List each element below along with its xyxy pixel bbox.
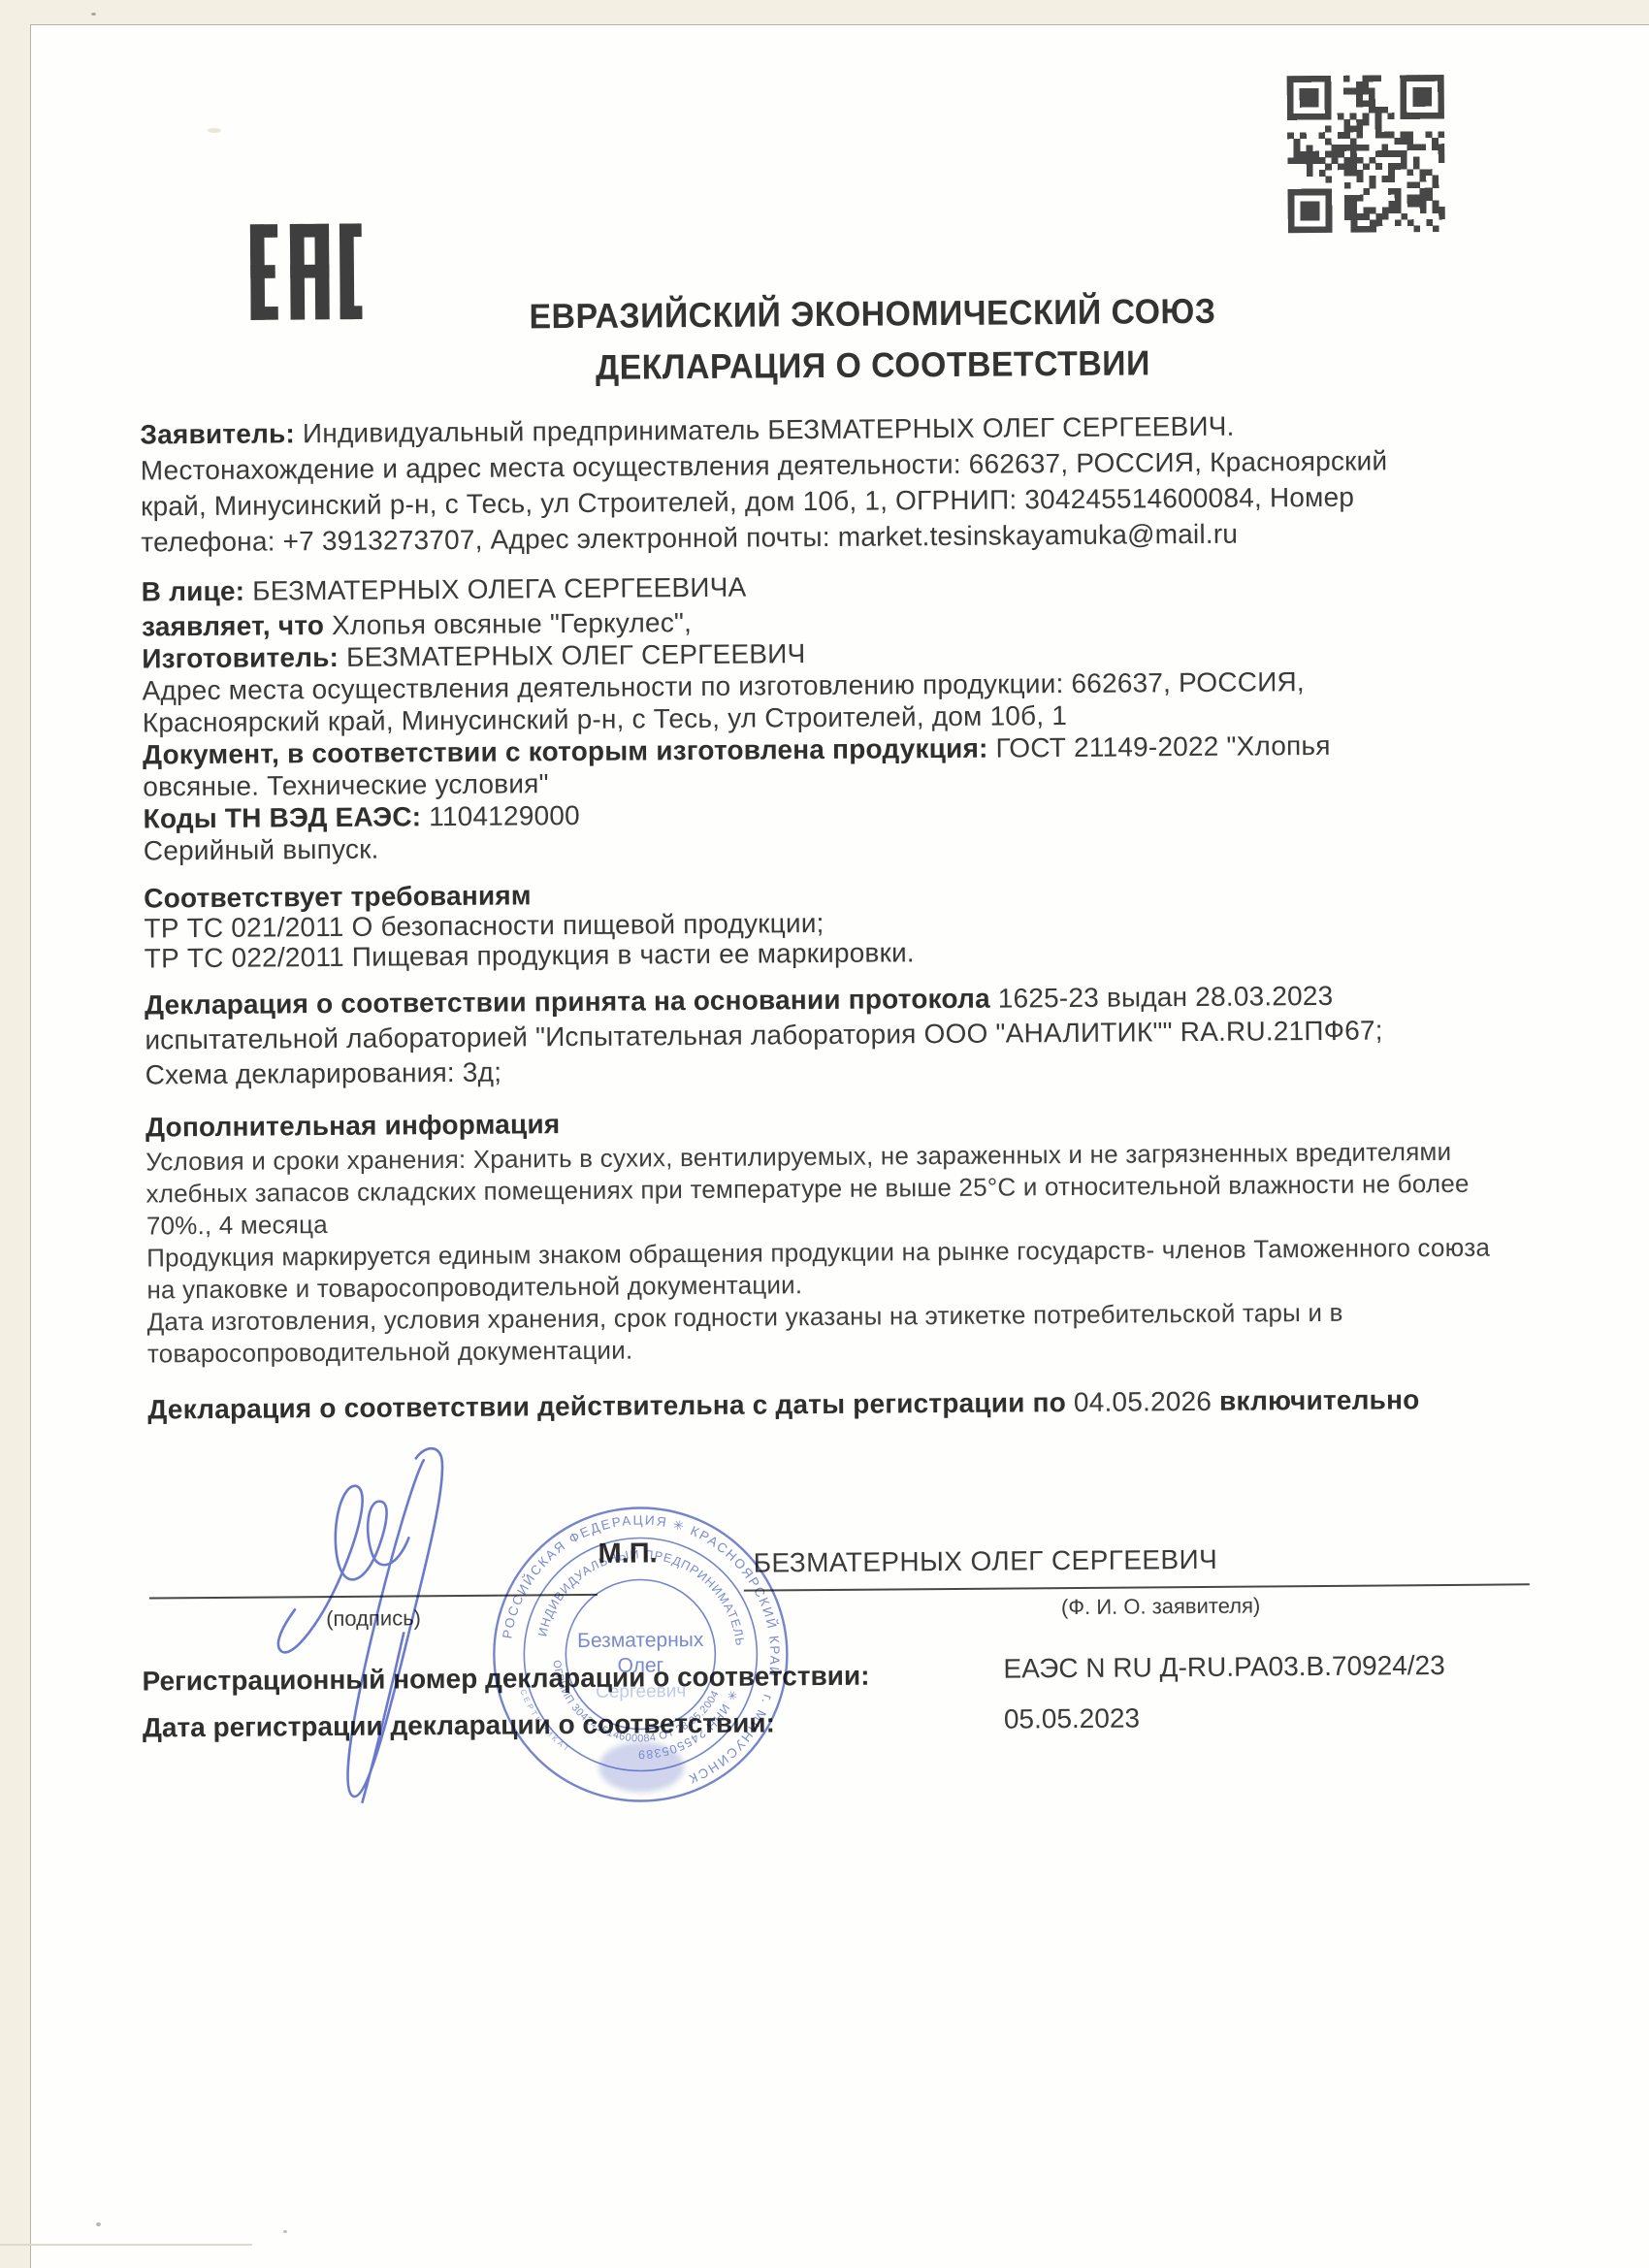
- product-document-label: Документ, в соответствии с которым изгот…: [143, 733, 988, 770]
- handwritten-signature-icon: [236, 1428, 530, 1818]
- compliance-item2: ТР ТС 022/2011 Пищевая продукция в части…: [145, 937, 915, 973]
- declarant-name: БЕЗМАТЕРНЫХ ОЛЕГ СЕРГЕЕВИЧ: [753, 1544, 1217, 1579]
- basis-label: Декларация о соответствии принята на осн…: [145, 984, 990, 1021]
- validity-label: Декларация о соответствии действительна …: [147, 1387, 1066, 1424]
- document-title: ДЕКЛАРАЦИЯ О СООТВЕТСТВИИ: [417, 341, 1329, 389]
- tnved-value: 1104129000: [421, 800, 580, 831]
- basis-protocol: 1625-23 выдан 28.03.2023: [990, 981, 1334, 1014]
- stamp-center-firstname: Олег: [618, 1654, 664, 1676]
- manufacturer-label: Изготовитель:: [142, 642, 339, 674]
- in-person-name: БЕЗМАТЕРНЫХ ОЛЕГА СЕРГЕЕВИЧА: [244, 572, 746, 606]
- validity-line: Декларация о соответствии действительна …: [147, 1381, 1419, 1427]
- applicant-paragraph: Заявитель: Индивидуальный предпринимател…: [140, 406, 1388, 560]
- registration-number-value: ЕАЭС N RU Д-RU.РА03.В.70924/23: [1003, 1650, 1444, 1685]
- union-title: ЕВРАЗИЙСКИЙ ЭКОНОМИЧЕСКИЙ СОЮЗ: [416, 290, 1328, 338]
- validity-date: 04.05.2026: [1066, 1386, 1219, 1417]
- basis-block: Декларация о соответствии принята на осн…: [145, 978, 1383, 1092]
- qr-code-icon: [1287, 75, 1445, 233]
- product-document-value: ГОСТ 21149-2022 "Хлопья: [987, 730, 1330, 763]
- eac-mark-icon: [250, 219, 363, 325]
- stamp-center-patronymic: Сергеевич: [596, 1681, 686, 1702]
- tnved-label: Коды ТН ВЭД ЕАЭС:: [143, 801, 421, 833]
- stamp-center-surname: Безматерных: [577, 1629, 704, 1652]
- name-caption: (Ф. И. О. заявителя): [1061, 1593, 1260, 1620]
- compliance-block: Соответствует требованиям ТР ТС 021/2011…: [144, 877, 915, 973]
- applicant-line1: Индивидуальный предприниматель БЕЗМАТЕРН…: [295, 411, 1235, 449]
- name-rule: [744, 1583, 1530, 1591]
- stamp-ink-smudge: [598, 1741, 684, 1793]
- in-person-line: В лице: БЕЗМАТЕРНЫХ ОЛЕГА СЕРГЕЕВИЧА: [142, 569, 747, 610]
- company-stamp: РОССИЙСКАЯ ФЕДЕРАЦИЯ ✳ КРАСНОЯРСКИЙ КРАЙ…: [484, 1498, 797, 1811]
- manufacturer-name: БЕЗМАТЕРНЫХ ОЛЕГ СЕРГЕЕВИЧ: [339, 638, 805, 672]
- additional-block: Условия и сроки хранения: Хранить в сухи…: [145, 1136, 1491, 1371]
- applicant-label: Заявитель:: [140, 418, 295, 449]
- product-block: заявляет, что Хлопья овсяные "Геркулес",…: [142, 601, 1332, 867]
- registration-date-value: 05.05.2023: [1004, 1702, 1140, 1734]
- scanned-declaration-page: ЕВРАЗИЙСКИЙ ЭКОНОМИЧЕСКИЙ СОЮЗ ДЕКЛАРАЦИ…: [0, 0, 1649, 2268]
- declares-label: заявляет, что: [142, 610, 324, 641]
- additional-header: Дополнительная информация: [145, 1106, 561, 1145]
- printed-content: ЕВРАЗИЙСКИЙ ЭКОНОМИЧЕСКИЙ СОЮЗ ДЕКЛАРАЦИ…: [0, 0, 1649, 2268]
- validity-suffix: включительно: [1219, 1384, 1420, 1416]
- product-name: Хлопья овсяные "Геркулес",: [324, 607, 692, 640]
- in-person-label: В лице:: [142, 576, 245, 607]
